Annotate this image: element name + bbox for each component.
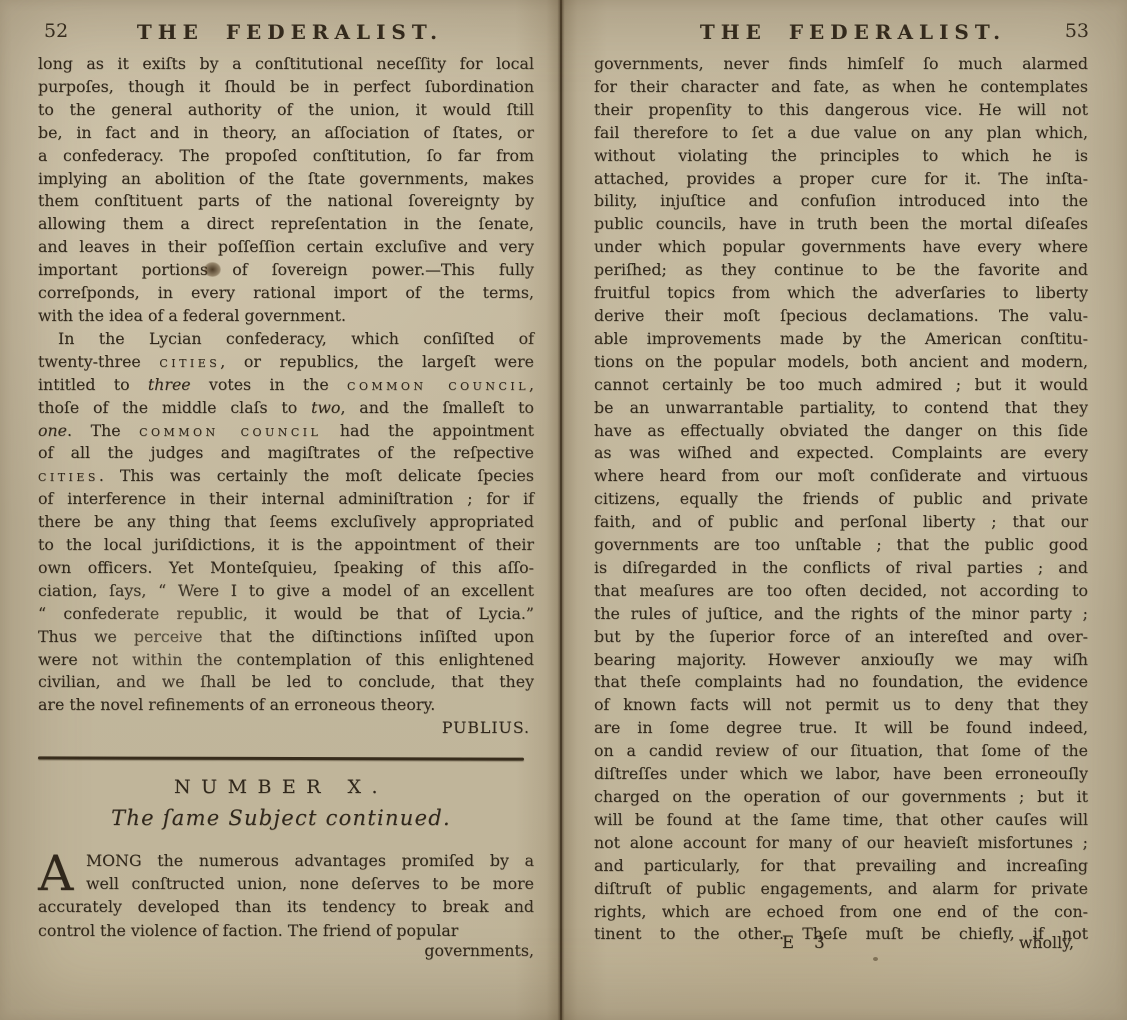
text-line: is diſregarded in the conflicts of rival… (594, 557, 1088, 580)
text-line: are in ſome degree true. It will be foun… (594, 717, 1088, 740)
text-line: will be found at the ſame time, that oth… (594, 809, 1088, 832)
text-line: citizens, equally the friends of public … (594, 488, 1088, 511)
text-line: their propenſity to this dangerous vice.… (594, 99, 1088, 122)
text-line: purpoſes, though it ſhould be in perfect… (38, 76, 534, 99)
text-line: governments, never finds himſelf ſo much… (594, 53, 1088, 76)
text-line: not alone account for many of our heavie… (594, 832, 1088, 855)
text-line: without violating the principles to whic… (594, 145, 1088, 168)
text-line: important portions of ſovereign power.—T… (38, 259, 534, 282)
text-line: where heard from our moſt conſiderate an… (594, 465, 1088, 488)
section-number-heading: NUMBER X. (38, 776, 524, 798)
text-line: attached, provides a proper cure for it.… (594, 168, 1088, 191)
text-line: bearing majority. However anxiouſly we m… (594, 649, 1088, 672)
body-text-right: governments, never finds himſelf ſo much… (594, 53, 1088, 946)
text-line: but by the ſuperior force of an intereſt… (594, 626, 1088, 649)
text-line: diſtreſſes under which we labor, have be… (594, 763, 1088, 786)
text-line: correſponds, in every rational import of… (38, 282, 534, 305)
text-line: governments are too unſtable ; that the … (594, 534, 1088, 557)
text-line: that meaſures are too often decided, not… (594, 580, 1088, 603)
text-line: for their character and fate, as when he… (594, 76, 1088, 99)
text-line: In the Lycian confederacy, which conſiſt… (38, 328, 534, 351)
text-line: to the general authority of the union, i… (38, 99, 534, 122)
paper-speck (873, 957, 878, 961)
text-line: tions on the popular models, both ancien… (594, 351, 1088, 374)
text-line: as was wiſhed and expected. Complaints a… (594, 442, 1088, 465)
text-line: the rules of juſtice, and the rights of … (594, 603, 1088, 626)
text-line: long as it exiſts by a conſtitutional ne… (38, 53, 534, 76)
text-line: faith, and of public and perſonal libert… (594, 511, 1088, 534)
page-number-right: 53 (1065, 20, 1089, 42)
section-rule (38, 756, 524, 760)
text-line: be an unwarrantable partiality, to conte… (594, 397, 1088, 420)
text-line: that theſe complaints had no foundation,… (594, 671, 1088, 694)
catchword-right: wholly, (1019, 933, 1074, 952)
text-line: and leaves in their poſſeſſion certain e… (38, 236, 534, 259)
text-line: one. The common council had the appointm… (38, 420, 534, 443)
text-line: well conſtructed union, none deſerves to… (38, 872, 534, 895)
text-line: allowing them a direct repreſentation in… (38, 213, 534, 236)
text-line: of known facts will not permit us to den… (594, 694, 1088, 717)
section-subtitle: The ſame Subject continued. (38, 806, 524, 830)
running-title-left: THE FEDERALIST. (90, 20, 490, 44)
ink-blot (204, 262, 221, 277)
signature-line: E 3 wholly, (594, 933, 1088, 957)
text-line: control the violence of faction. The fri… (38, 919, 534, 942)
text-line: derive their moſt ſpecious declamations.… (594, 305, 1088, 328)
text-line: under which popular governments have eve… (594, 236, 1088, 259)
text-line: be, in fact and in theory, an aſſociatio… (38, 122, 534, 145)
text-line: fruitful topics from which the adverſari… (594, 282, 1088, 305)
text-line: twenty-three cities, or republics, the l… (38, 351, 534, 374)
text-line: PUBLIUS. (38, 717, 534, 740)
text-line: with the idea of a federal government. (38, 305, 534, 328)
catchword-left: governments, (38, 941, 534, 960)
text-line: public councils, have in truth been the … (594, 213, 1088, 236)
text-line: MONG the numerous advantages promiſed by… (38, 849, 534, 872)
text-line: rights, which are echoed from one end of… (594, 901, 1088, 924)
text-line: have as effectually obviated the danger … (594, 420, 1088, 443)
text-line: of interference in their internal admini… (38, 488, 534, 511)
text-line: fail therefore to ſet a due value on any… (594, 122, 1088, 145)
text-line: able improvements made by the American c… (594, 328, 1088, 351)
text-line: of all the judges and magiſtrates of the… (38, 442, 534, 465)
text-line: thoſe of the middle claſs to two, and th… (38, 397, 534, 420)
text-line: and particularly, for that prevailing an… (594, 855, 1088, 878)
text-line: on a candid review of our ſituation, tha… (594, 740, 1088, 763)
text-line: bility, injuſtice and confuſion introduc… (594, 190, 1088, 213)
text-line: periſhed; as they continue to be the fav… (594, 259, 1088, 282)
page-header-left: 52 THE FEDERALIST. (0, 18, 563, 48)
text-line: cities. This was certainly the moſt deli… (38, 465, 534, 488)
page-left: 52 THE FEDERALIST. long as it exiſts by … (0, 0, 563, 1020)
text-line: there be any thing that ſeems excluſivel… (38, 511, 534, 534)
book-scan: 52 THE FEDERALIST. long as it exiſts by … (0, 0, 1127, 1020)
paper-stain (60, 560, 280, 720)
page-right: THE FEDERALIST. 53 governments, never fi… (563, 0, 1127, 1020)
text-line: intitled to three votes in the common co… (38, 374, 534, 397)
text-line: charged on the operation of our governme… (594, 786, 1088, 809)
signature-mark: E 3 (782, 933, 832, 952)
running-title-right: THE FEDERALIST. (658, 20, 1048, 44)
page-number-left: 52 (44, 20, 68, 42)
text-line: cannot certainly be too much admired ; b… (594, 374, 1088, 397)
page-header-right: THE FEDERALIST. 53 (563, 18, 1127, 48)
text-line: them conſtituent parts of the national ſ… (38, 190, 534, 213)
opening-paragraph: MONG the numerous advantages promiſed by… (38, 849, 534, 942)
text-line: a confederacy. The propoſed conſtitution… (38, 145, 534, 168)
text-line: to the local juriſdictions, it is the ap… (38, 534, 534, 557)
text-line: diſtruſt of public engagements, and alar… (594, 878, 1088, 901)
text-line: implying an abolition of the ſtate gover… (38, 168, 534, 191)
text-line: accurately developed than its tendency t… (38, 895, 534, 918)
